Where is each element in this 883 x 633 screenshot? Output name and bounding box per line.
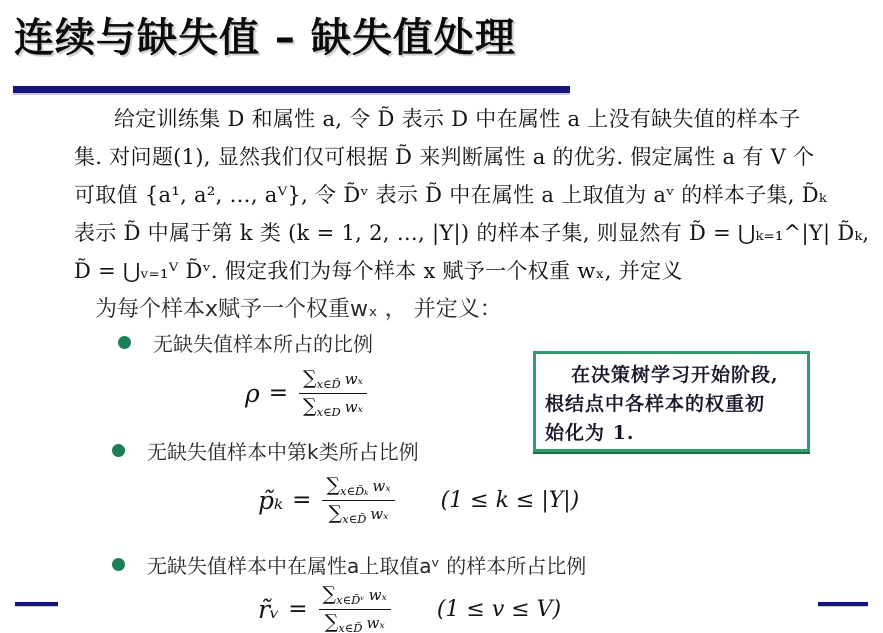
sigma-symbol: ∑: [326, 474, 340, 496]
sum-subscript: x∈D̃: [342, 512, 366, 526]
sum-subscript: x∈D̃ᵛ: [336, 593, 365, 607]
sum-subscript: x∈D̃ₖ: [340, 484, 368, 498]
formula-rho-lhs: ρ: [245, 379, 260, 408]
sigma-symbol: ∑: [303, 367, 317, 389]
title-underline-rule: [13, 86, 570, 93]
paragraph-line: 可取值 {a¹, a², …, aⱽ}, 令 D̃ᵛ 表示 D̃ 中在属性 a …: [74, 176, 860, 214]
note-box: 在决策树学习开始阶段, 根结点中各样本的权重初 始化为 1.: [533, 351, 810, 452]
sigma-symbol: ∑: [325, 611, 339, 633]
formula-pk-fraction: ∑x∈D̃ₖwₓ ∑x∈D̃wₓ: [322, 473, 394, 527]
sum-subscript: x∈D̃: [338, 621, 362, 633]
sum-subscript: x∈D̃: [317, 377, 341, 391]
sigma-symbol: ∑: [303, 395, 317, 417]
formula-pk: p̃ₖ = ∑x∈D̃ₖwₓ ∑x∈D̃wₓ (1 ≤ k ≤ |Y|): [258, 473, 579, 527]
formula-rv-numerator: ∑x∈D̃ᵛwₓ: [319, 582, 391, 610]
bullet-item-rv: 无缺失值样本中在属性a上取值aᵛ 的样本所占比例: [112, 550, 586, 579]
bullet-label: 无缺失值样本中第k类所占比例: [147, 436, 419, 465]
formula-rv: r̃ᵥ = ∑x∈D̃ᵛwₓ ∑x∈D̃wₓ (1 ≤ v ≤ V): [258, 582, 561, 633]
weight-variable: wₓ: [345, 370, 363, 388]
bullet-dot-icon: [118, 336, 131, 349]
paragraph-line: 表示 D̃ 中属于第 k 类 (k = 1, 2, …, |Y|) 的样本子集,…: [74, 214, 860, 252]
weight-variable: wₓ: [372, 477, 390, 495]
weight-variable: wₓ: [370, 505, 388, 523]
formula-rv-lhs: r̃ᵥ: [258, 595, 279, 624]
formula-rv-fraction: ∑x∈D̃ᵛwₓ ∑x∈D̃wₓ: [319, 582, 391, 633]
formula-rv-denominator: ∑x∈D̃wₓ: [321, 610, 389, 633]
paragraph-line: D̃ = ⋃ᵥ₌₁ⱽ D̃ᵛ. 假定我们为每个样本 x 赋予一个权重 wₓ, 并…: [74, 252, 860, 290]
note-line: 在决策树学习开始阶段,: [545, 361, 798, 390]
equals-sign: =: [269, 380, 288, 406]
formula-pk-numerator: ∑x∈D̃ₖwₓ: [322, 473, 394, 501]
formula-pk-lhs: p̃ₖ: [258, 486, 283, 515]
formula-rho-denominator: ∑x∈Dwₓ: [299, 394, 367, 421]
note-line: 根结点中各样本的权重初: [545, 390, 798, 419]
slide: 连续与缺失值 – 缺失值处理 给定训练集 D 和属性 a, 令 D̃ 表示 D …: [0, 0, 883, 633]
intro-line: 为每个样本x赋予一个权重wₓ ， 并定义：: [95, 292, 502, 323]
formula-rho: ρ = ∑x∈D̃wₓ ∑x∈Dwₓ: [245, 366, 367, 420]
formula-pk-condition: (1 ≤ k ≤ |Y|): [441, 488, 580, 513]
bullet-item-rho: 无缺失值样本所占的比例: [118, 328, 373, 357]
formula-rho-numerator: ∑x∈D̃wₓ: [299, 366, 367, 394]
page-title: 连续与缺失值 – 缺失值处理: [14, 6, 516, 63]
formula-rv-condition: (1 ≤ v ≤ V): [437, 597, 561, 622]
sigma-symbol: ∑: [329, 502, 343, 524]
paragraph-line: 给定训练集 D 和属性 a, 令 D̃ 表示 D 中在属性 a 上没有缺失值的样…: [74, 100, 860, 138]
formula-pk-denominator: ∑x∈D̃wₓ: [325, 501, 393, 528]
bottom-accent-bar-right: [818, 602, 868, 606]
equals-sign: =: [292, 487, 311, 513]
note-line: 始化为 1.: [545, 419, 798, 448]
textbook-paragraph: 给定训练集 D 和属性 a, 令 D̃ 表示 D 中在属性 a 上没有缺失值的样…: [74, 100, 860, 290]
sigma-symbol: ∑: [323, 583, 337, 605]
bullet-item-pk: 无缺失值样本中第k类所占比例: [112, 436, 419, 465]
weight-variable: wₓ: [345, 398, 363, 416]
sum-subscript: x∈D: [317, 405, 341, 419]
paragraph-line: 集. 对问题(1), 显然我们仅可根据 D̃ 来判断属性 a 的优劣. 假定属性…: [74, 138, 860, 176]
bullet-dot-icon: [112, 558, 125, 571]
bullet-label: 无缺失值样本所占的比例: [153, 328, 373, 357]
formula-rho-fraction: ∑x∈D̃wₓ ∑x∈Dwₓ: [299, 366, 367, 420]
weight-variable: wₓ: [369, 586, 387, 604]
weight-variable: wₓ: [366, 614, 384, 632]
bullet-dot-icon: [112, 444, 125, 457]
equals-sign: =: [288, 596, 307, 622]
bullet-label: 无缺失值样本中在属性a上取值aᵛ 的样本所占比例: [147, 550, 586, 579]
bottom-accent-bar-left: [15, 602, 58, 606]
